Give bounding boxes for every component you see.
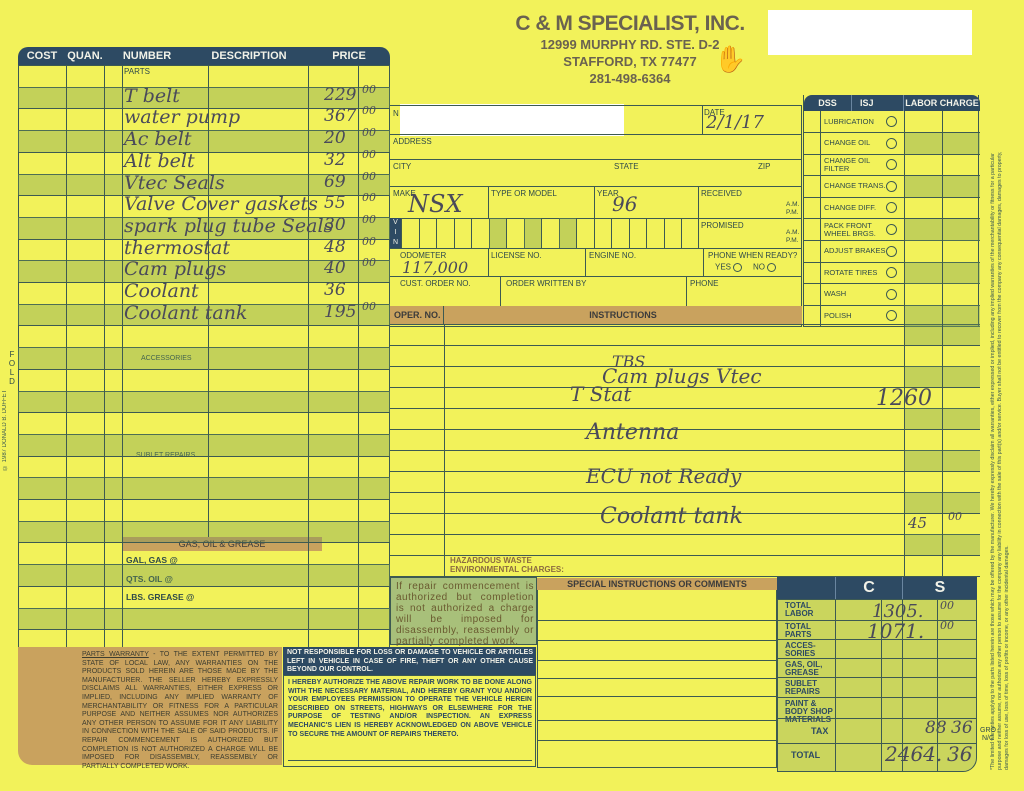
header-labor-charge: LABOR CHARGE bbox=[904, 95, 980, 111]
part-price-cents[interactable]: 00 bbox=[362, 191, 376, 204]
repair-note-box: If repair commencement is authorized but… bbox=[390, 577, 537, 645]
totals-row-label: SUBLET REPAIRS bbox=[785, 680, 837, 696]
vin-digit-box[interactable] bbox=[419, 218, 436, 248]
instruction-line[interactable]: ECU not Ready bbox=[586, 464, 741, 488]
received-am[interactable]: A.M. bbox=[786, 202, 799, 209]
fold-marker: FOLD bbox=[8, 350, 18, 386]
vin-digit-box[interactable] bbox=[681, 218, 698, 248]
service-label: CHANGE DIFF. bbox=[824, 204, 886, 212]
instruction-line[interactable]: Coolant tank bbox=[600, 504, 743, 529]
part-price[interactable]: 36 bbox=[324, 280, 346, 300]
totals-row-label: PAINT & BODY SHOP MATERIALS bbox=[785, 700, 837, 724]
fold-label: FOLD bbox=[8, 350, 16, 386]
totals-row-label: TOTAL LABOR bbox=[785, 602, 837, 618]
make-value[interactable]: NSX bbox=[408, 190, 463, 218]
promised-am[interactable]: A.M. bbox=[786, 230, 799, 237]
service-label: POLISH bbox=[824, 312, 886, 320]
total-labor-cents: 00 bbox=[940, 599, 954, 612]
part-description[interactable]: Coolant tank bbox=[124, 302, 247, 324]
repair-note-text: If repair commencement is authorized but… bbox=[396, 581, 534, 647]
vin-digit-box[interactable] bbox=[629, 218, 646, 248]
special-instructions-header: SPECIAL INSTRUCTIONS OR COMMENTS bbox=[537, 578, 777, 590]
phone-ready-no[interactable]: NO bbox=[753, 263, 776, 272]
total-cents: 36 bbox=[947, 742, 972, 766]
part-price-cents[interactable]: 00 bbox=[362, 148, 376, 161]
service-item[interactable]: PACK FRONT WHEEL BRGS. bbox=[804, 219, 980, 241]
col-s: S bbox=[902, 577, 977, 599]
hand-holding-engine-icon: ✋ bbox=[714, 44, 746, 75]
vin-digit-box[interactable] bbox=[559, 218, 576, 248]
not-responsible-box: NOT RESPONSIBLE FOR LOSS OR DAMAGE TO VE… bbox=[283, 647, 536, 675]
part-price[interactable]: 48 bbox=[324, 237, 346, 257]
vin-digit-box[interactable] bbox=[664, 218, 681, 248]
authorization-text: I HEREBY AUTHORIZE THE ABOVE REPAIR WORK… bbox=[288, 679, 532, 739]
city-label: CITY bbox=[393, 163, 411, 171]
vin-digit-box[interactable] bbox=[594, 218, 611, 248]
instruction-line[interactable]: Antenna bbox=[586, 420, 679, 445]
part-description[interactable]: water pump bbox=[124, 106, 240, 128]
parts-table-header: COST QUAN. NUMBER DESCRIPTION PRICE bbox=[18, 47, 390, 65]
oper-no-label: OPER. NO. bbox=[390, 306, 444, 324]
service-label: PACK FRONT WHEEL BRGS. bbox=[824, 222, 886, 238]
phone-ready-label: PHONE WHEN READY? bbox=[708, 252, 797, 260]
model-label: TYPE OR MODEL bbox=[491, 190, 557, 198]
part-price[interactable]: 30 bbox=[324, 215, 346, 235]
part-price-cents[interactable]: 00 bbox=[362, 83, 376, 96]
engine-label: ENGINE NO. bbox=[589, 252, 636, 260]
state-label: STATE bbox=[614, 163, 639, 171]
part-price-cents[interactable]: 00 bbox=[362, 300, 376, 313]
header-isj: ISJ bbox=[852, 95, 904, 111]
part-price[interactable]: 55 bbox=[324, 193, 346, 213]
parts-warranty-box: PARTS WARRANTY - TO THE EXTENT PERMITTED… bbox=[18, 647, 282, 765]
service-checkbox[interactable] bbox=[886, 267, 897, 278]
part-description[interactable]: Cam plugs bbox=[124, 258, 226, 280]
part-description[interactable]: thermostat bbox=[124, 237, 230, 259]
service-label: ROTATE TIRES bbox=[824, 269, 886, 277]
vin-digit-box[interactable] bbox=[611, 218, 628, 248]
customer-info-block: N DATE 2/1/17 ADDRESS CITY STATE ZIP MAK… bbox=[390, 105, 802, 327]
header-dss: DSS bbox=[804, 95, 852, 111]
company-name: C & M SPECIALIST, INC. bbox=[480, 12, 780, 36]
vin-digit-box[interactable] bbox=[576, 218, 593, 248]
parts-table: COST QUAN. NUMBER DESCRIPTION PRICE PART… bbox=[18, 47, 390, 647]
totals-table: C S 1305. 00 1071. 00 88 36 2464. 36 TOT… bbox=[777, 577, 977, 772]
tax-label: TAX bbox=[811, 727, 828, 735]
part-description[interactable]: Alt belt bbox=[124, 150, 195, 172]
service-item[interactable]: ROTATE TIRES bbox=[804, 262, 980, 284]
col-c: C bbox=[835, 577, 902, 599]
service-checkbox[interactable] bbox=[886, 138, 897, 149]
totals-header: C S bbox=[777, 577, 977, 599]
part-price-cents[interactable]: 00 bbox=[362, 256, 376, 269]
service-item[interactable]: ADJUST BRAKES bbox=[804, 241, 980, 263]
totals-row-label: ACCES-SORIES bbox=[785, 642, 837, 658]
cust-order-label: CUST. ORDER NO. bbox=[400, 280, 471, 288]
labor-charge-value[interactable]: 1260 bbox=[876, 386, 932, 411]
warranty-title: PARTS WARRANTY bbox=[82, 651, 149, 658]
license-label: LICENSE NO. bbox=[491, 252, 542, 260]
tax-value: 88 bbox=[925, 718, 947, 738]
date-value[interactable]: 2/1/17 bbox=[706, 112, 764, 133]
lbs-grease-label: LBS. GREASE @ bbox=[126, 593, 194, 602]
service-checkbox[interactable] bbox=[886, 159, 897, 170]
service-label: WASH bbox=[824, 290, 886, 298]
vin-digit-box[interactable] bbox=[541, 218, 558, 248]
part-description[interactable]: spark plug tube Seals bbox=[124, 215, 333, 237]
redaction-box bbox=[768, 10, 972, 55]
promised-pm[interactable]: P.M. bbox=[786, 238, 799, 245]
part-price[interactable]: 40 bbox=[324, 258, 346, 278]
service-checkbox[interactable] bbox=[886, 224, 897, 235]
part-price[interactable]: 32 bbox=[324, 150, 346, 170]
service-label: ADJUST BRAKES bbox=[824, 247, 886, 255]
total-value: 2464. bbox=[885, 742, 942, 766]
header-cost: COST bbox=[18, 47, 66, 65]
vin-digit-box[interactable] bbox=[471, 218, 488, 248]
part-price-cents[interactable]: 00 bbox=[362, 235, 376, 248]
totals-row-label: GAS, OIL, GREASE bbox=[785, 661, 837, 677]
part-price[interactable]: 195 bbox=[324, 302, 356, 322]
promised-label: PROMISED bbox=[701, 222, 744, 230]
service-checkbox[interactable] bbox=[886, 181, 897, 192]
tax-cents: 36 bbox=[951, 718, 973, 738]
total-label: TOTAL bbox=[791, 751, 820, 759]
part-price[interactable]: 229 bbox=[324, 85, 356, 105]
labor-charge-value[interactable]: 45 bbox=[908, 514, 927, 532]
part-price[interactable]: 20 bbox=[324, 128, 346, 148]
services-table: DSS ISJ LABOR CHARGE LUBRICATIONCHANGE O… bbox=[803, 95, 979, 327]
parts-warranty-text: PARTS WARRANTY - TO THE EXTENT PERMITTED… bbox=[82, 651, 278, 771]
part-price-cents[interactable]: 00 bbox=[362, 104, 376, 117]
limited-warranty-text: *The limited warranties applying to the … bbox=[990, 140, 1022, 770]
signature-line[interactable] bbox=[288, 760, 532, 761]
year-value[interactable]: 96 bbox=[612, 192, 637, 216]
part-price-cents[interactable]: 00 bbox=[362, 170, 376, 183]
warranty-body: - TO THE EXTENT PERMITTED BY STATE OF LO… bbox=[82, 651, 278, 770]
phone-label: PHONE bbox=[690, 280, 718, 288]
hazardous-waste-label: HAZARDOUS WASTE ENVIRONMENTAL CHARGES: bbox=[450, 556, 580, 574]
yes-radio[interactable] bbox=[733, 263, 742, 272]
odometer-value[interactable]: 117,000 bbox=[402, 258, 468, 277]
labor-charge-cents[interactable]: 00 bbox=[948, 510, 962, 523]
totals-row-label: TOTAL PARTS bbox=[785, 623, 837, 639]
special-instructions-area[interactable] bbox=[537, 590, 777, 768]
service-checkbox[interactable] bbox=[886, 310, 897, 321]
service-item[interactable]: CHANGE OIL FILTER bbox=[804, 154, 980, 176]
services-header: DSS ISJ LABOR CHARGE bbox=[804, 95, 980, 111]
service-item[interactable]: LUBRICATION bbox=[804, 111, 980, 133]
part-description[interactable]: Vtec Seals bbox=[124, 172, 225, 194]
header-description: DESCRIPTION bbox=[190, 47, 308, 65]
vin-label: VIN bbox=[390, 218, 401, 248]
service-label: CHANGE OIL FILTER bbox=[824, 157, 886, 173]
part-price-cents[interactable]: 00 bbox=[362, 213, 376, 226]
no-radio[interactable] bbox=[767, 263, 776, 272]
copyright-text: © 1987 DONALD B. DUFFET bbox=[2, 380, 8, 470]
header-price: PRICE bbox=[308, 47, 390, 65]
instructions-area: TBSCam plugs VtecT StatAntennaECU not Re… bbox=[390, 324, 980, 576]
received-label: RECEIVED bbox=[701, 190, 742, 198]
authorization-box: I HEREBY AUTHORIZE THE ABOVE REPAIR WORK… bbox=[283, 675, 536, 767]
header-number: NUMBER bbox=[104, 47, 190, 65]
vin-digit-box[interactable] bbox=[489, 218, 506, 248]
service-checkbox[interactable] bbox=[886, 289, 897, 300]
service-item[interactable]: CHANGE DIFF. bbox=[804, 197, 980, 219]
service-checkbox[interactable] bbox=[886, 116, 897, 127]
received-pm[interactable]: P.M. bbox=[786, 210, 799, 217]
service-label: LUBRICATION bbox=[824, 118, 886, 126]
section-parts: PARTS bbox=[124, 68, 150, 76]
part-price-cents[interactable]: 00 bbox=[362, 126, 376, 139]
part-price[interactable]: 69 bbox=[324, 172, 346, 192]
address-label: ADDRESS bbox=[393, 138, 432, 146]
service-item[interactable]: WASH bbox=[804, 284, 980, 306]
part-description[interactable]: Coolant bbox=[124, 280, 199, 302]
service-item[interactable]: CHANGE TRANS. bbox=[804, 176, 980, 198]
service-item[interactable]: CHANGE OIL bbox=[804, 133, 980, 155]
zip-label: ZIP bbox=[758, 163, 770, 171]
vin-digit-box[interactable] bbox=[401, 218, 418, 248]
header-quan: QUAN. bbox=[66, 47, 104, 65]
service-checkbox[interactable] bbox=[886, 246, 897, 257]
not-responsible-text: NOT RESPONSIBLE FOR LOSS OR DAMAGE TO VE… bbox=[287, 649, 533, 675]
vin-digit-box[interactable] bbox=[454, 218, 471, 248]
instructions-header: OPER. NO. INSTRUCTIONS bbox=[390, 306, 802, 324]
name-label: N bbox=[393, 110, 399, 118]
service-label: CHANGE OIL bbox=[824, 139, 886, 147]
instructions-title: INSTRUCTIONS bbox=[444, 306, 802, 324]
vin-digit-box[interactable] bbox=[436, 218, 453, 248]
instruction-line[interactable]: T Stat bbox=[570, 382, 631, 406]
written-by-label: ORDER WRITTEN BY bbox=[506, 280, 586, 288]
vin-digit-box[interactable] bbox=[646, 218, 663, 248]
part-description[interactable]: T belt bbox=[124, 85, 180, 107]
vin-digit-box[interactable] bbox=[524, 218, 541, 248]
part-description[interactable]: Valve Cover gaskets bbox=[124, 193, 318, 215]
vin-digit-box[interactable] bbox=[506, 218, 523, 248]
phone-ready-yes[interactable]: YES bbox=[715, 263, 742, 272]
part-description[interactable]: Ac belt bbox=[124, 128, 192, 150]
service-label: CHANGE TRANS. bbox=[824, 182, 886, 190]
part-price[interactable]: 367 bbox=[324, 106, 356, 126]
service-checkbox[interactable] bbox=[886, 202, 897, 213]
